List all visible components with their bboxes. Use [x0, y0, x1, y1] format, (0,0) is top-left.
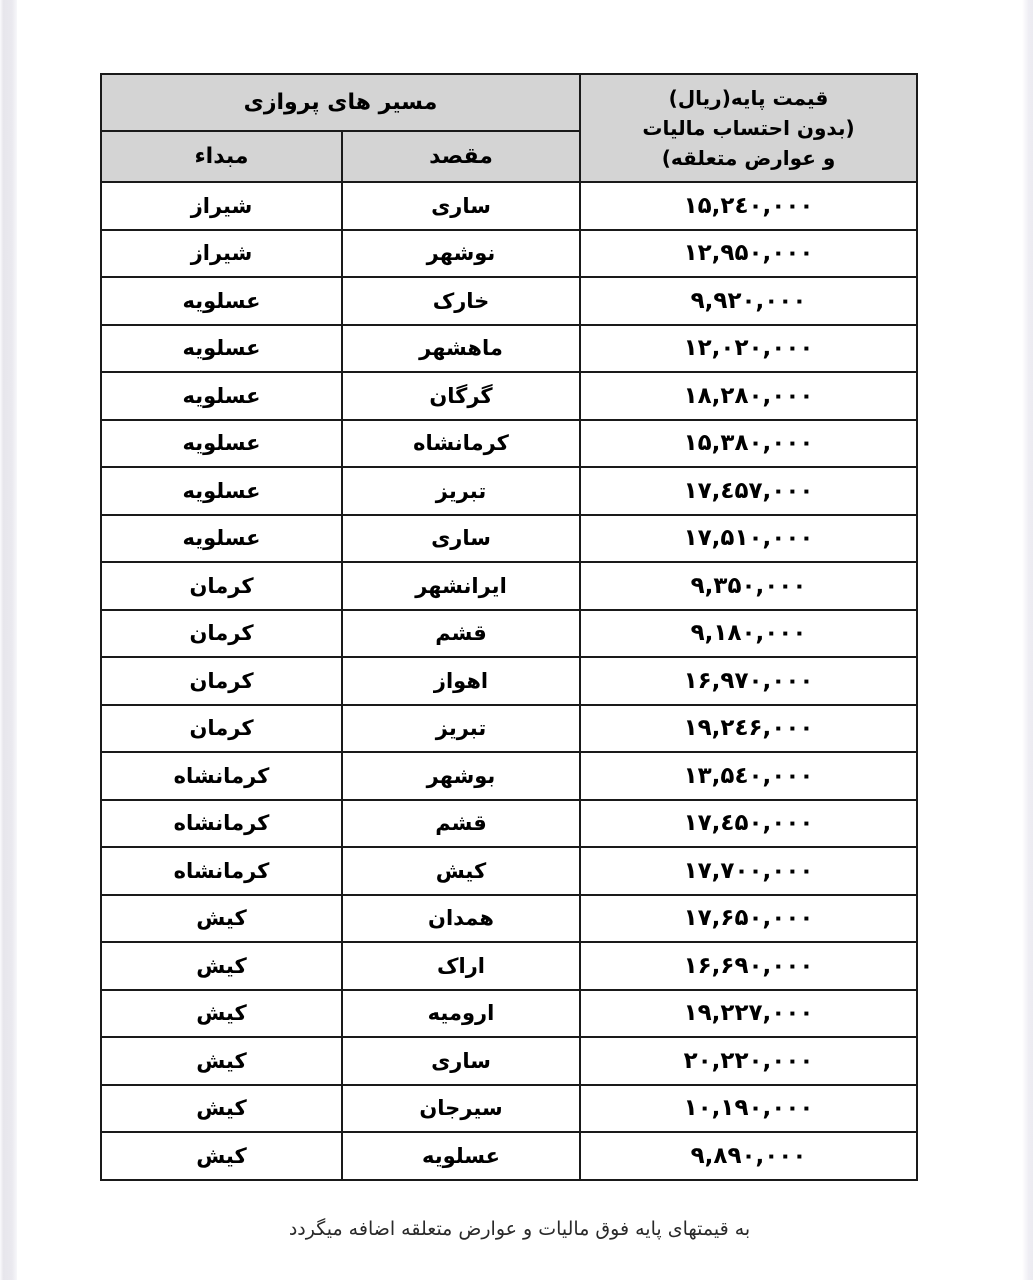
table-row: کیش سیرجان ۱۰,۱۹۰,۰۰۰ — [101, 1085, 917, 1133]
origin-cell: کرمان — [101, 705, 342, 753]
price-cell: ۱۷,۷۰۰,۰۰۰ — [580, 847, 917, 895]
destination-cell: ساری — [342, 515, 580, 563]
destination-cell: قشم — [342, 800, 580, 848]
table-body: شیراز ساری ۱۵,۲٤۰,۰۰۰ شیراز نوشهر ۱۲,۹۵۰… — [101, 182, 917, 1180]
price-cell: ۹,۸۹۰,۰۰۰ — [580, 1132, 917, 1180]
origin-cell: عسلویه — [101, 325, 342, 373]
price-cell: ۱۶,۶۹۰,۰۰۰ — [580, 942, 917, 990]
origin-cell: عسلویه — [101, 420, 342, 468]
price-cell: ۹,۳۵۰,۰۰۰ — [580, 562, 917, 610]
destination-cell: اراک — [342, 942, 580, 990]
fare-table-header: مسیر های پروازی قیمت پایه(ریال) (بدون اح… — [101, 74, 917, 182]
origin-cell: عسلویه — [101, 515, 342, 563]
footer-note: به قیمتهای پایه فوق مالیات و عوارض متعلق… — [17, 1218, 1022, 1240]
price-cell: ۱۳,۵٤۰,۰۰۰ — [580, 752, 917, 800]
destination-cell: تبریز — [342, 705, 580, 753]
price-cell: ۹,۹۲۰,۰۰۰ — [580, 277, 917, 325]
price-column-header: قیمت پایه(ریال) (بدون احتساب مالیات و عو… — [580, 74, 917, 182]
destination-cell: ماهشهر — [342, 325, 580, 373]
origin-cell: شیراز — [101, 182, 342, 230]
destination-cell: ارومیه — [342, 990, 580, 1038]
origin-cell: کیش — [101, 990, 342, 1038]
table-row: عسلویه کرمانشاه ۱۵,۳۸۰,۰۰۰ — [101, 420, 917, 468]
destination-cell: اهواز — [342, 657, 580, 705]
destination-cell: کرمانشاه — [342, 420, 580, 468]
price-cell: ۱۷,۵۱۰,۰۰۰ — [580, 515, 917, 563]
destination-cell: نوشهر — [342, 230, 580, 278]
price-cell: ۹,۱۸۰,۰۰۰ — [580, 610, 917, 658]
table-row: عسلویه ساری ۱۷,۵۱۰,۰۰۰ — [101, 515, 917, 563]
price-cell: ۱۶,۹۷۰,۰۰۰ — [580, 657, 917, 705]
origin-cell: کرمانشاه — [101, 752, 342, 800]
destination-cell: ساری — [342, 182, 580, 230]
price-cell: ۱۷,٤۵۰,۰۰۰ — [580, 800, 917, 848]
origin-cell: عسلویه — [101, 372, 342, 420]
table-row: کرمان ایرانشهر ۹,۳۵۰,۰۰۰ — [101, 562, 917, 610]
table-row: عسلویه گرگان ۱۸,۲۸۰,۰۰۰ — [101, 372, 917, 420]
origin-cell: کرمان — [101, 657, 342, 705]
table-row: کیش عسلویه ۹,۸۹۰,۰۰۰ — [101, 1132, 917, 1180]
table-row: کرمانشاه کیش ۱۷,۷۰۰,۰۰۰ — [101, 847, 917, 895]
price-header-line1: قیمت پایه(ریال) — [581, 83, 916, 113]
destination-cell: کیش — [342, 847, 580, 895]
price-cell: ۱۹,۲٤۶,۰۰۰ — [580, 705, 917, 753]
destination-cell: بوشهر — [342, 752, 580, 800]
destination-cell: تبریز — [342, 467, 580, 515]
price-cell: ۱۸,۲۸۰,۰۰۰ — [580, 372, 917, 420]
table-row: کیش ساری ۲۰,۲۲۰,۰۰۰ — [101, 1037, 917, 1085]
destination-cell: خارک — [342, 277, 580, 325]
price-cell: ۱۵,۳۸۰,۰۰۰ — [580, 420, 917, 468]
destination-cell: ایرانشهر — [342, 562, 580, 610]
origin-cell: کیش — [101, 942, 342, 990]
page-edge-stripe-right — [1022, 0, 1033, 1280]
table-row: کرمانشاه قشم ۱۷,٤۵۰,۰۰۰ — [101, 800, 917, 848]
origin-cell: کرمانشاه — [101, 847, 342, 895]
origin-cell: کیش — [101, 1037, 342, 1085]
table-row: کرمان تبریز ۱۹,۲٤۶,۰۰۰ — [101, 705, 917, 753]
origin-cell: کرمان — [101, 562, 342, 610]
origin-cell: عسلویه — [101, 467, 342, 515]
price-cell: ۱۲,۹۵۰,۰۰۰ — [580, 230, 917, 278]
table-row: شیراز ساری ۱۵,۲٤۰,۰۰۰ — [101, 182, 917, 230]
origin-column-header: مبداء — [101, 131, 342, 182]
destination-cell: عسلویه — [342, 1132, 580, 1180]
origin-cell: کرمان — [101, 610, 342, 658]
table-row: کیش اراک ۱۶,۶۹۰,۰۰۰ — [101, 942, 917, 990]
routes-group-header: مسیر های پروازی — [101, 74, 580, 131]
table-row: عسلویه ماهشهر ۱۲,۰۲۰,۰۰۰ — [101, 325, 917, 373]
destination-column-header: مقصد — [342, 131, 580, 182]
table-row: کرمان اهواز ۱۶,۹۷۰,۰۰۰ — [101, 657, 917, 705]
table-row: شیراز نوشهر ۱۲,۹۵۰,۰۰۰ — [101, 230, 917, 278]
flight-fare-table: مسیر های پروازی قیمت پایه(ریال) (بدون اح… — [100, 73, 918, 1181]
price-header-line2: (بدون احتساب مالیات — [581, 113, 916, 143]
origin-cell: کیش — [101, 1085, 342, 1133]
price-cell: ۱۰,۱۹۰,۰۰۰ — [580, 1085, 917, 1133]
origin-cell: شیراز — [101, 230, 342, 278]
table-row: کیش همدان ۱۷,۶۵۰,۰۰۰ — [101, 895, 917, 943]
price-header-line3: و عوارض متعلقه) — [581, 143, 916, 173]
table-row: کرمان قشم ۹,۱۸۰,۰۰۰ — [101, 610, 917, 658]
destination-cell: گرگان — [342, 372, 580, 420]
price-cell: ۱۷,۶۵۰,۰۰۰ — [580, 895, 917, 943]
origin-cell: کرمانشاه — [101, 800, 342, 848]
price-cell: ۱۵,۲٤۰,۰۰۰ — [580, 182, 917, 230]
origin-cell: کیش — [101, 1132, 342, 1180]
page-edge-stripe-left — [0, 0, 17, 1280]
price-cell: ۱۹,۲۲۷,۰۰۰ — [580, 990, 917, 1038]
origin-cell: کیش — [101, 895, 342, 943]
destination-cell: سیرجان — [342, 1085, 580, 1133]
price-cell: ۱۷,٤۵۷,۰۰۰ — [580, 467, 917, 515]
destination-cell: ساری — [342, 1037, 580, 1085]
table-row: عسلویه خارک ۹,۹۲۰,۰۰۰ — [101, 277, 917, 325]
destination-cell: قشم — [342, 610, 580, 658]
price-cell: ۱۲,۰۲۰,۰۰۰ — [580, 325, 917, 373]
origin-cell: عسلویه — [101, 277, 342, 325]
table-row: کیش ارومیه ۱۹,۲۲۷,۰۰۰ — [101, 990, 917, 1038]
table-row: کرمانشاه بوشهر ۱۳,۵٤۰,۰۰۰ — [101, 752, 917, 800]
price-cell: ۲۰,۲۲۰,۰۰۰ — [580, 1037, 917, 1085]
table-row: عسلویه تبریز ۱۷,٤۵۷,۰۰۰ — [101, 467, 917, 515]
destination-cell: همدان — [342, 895, 580, 943]
